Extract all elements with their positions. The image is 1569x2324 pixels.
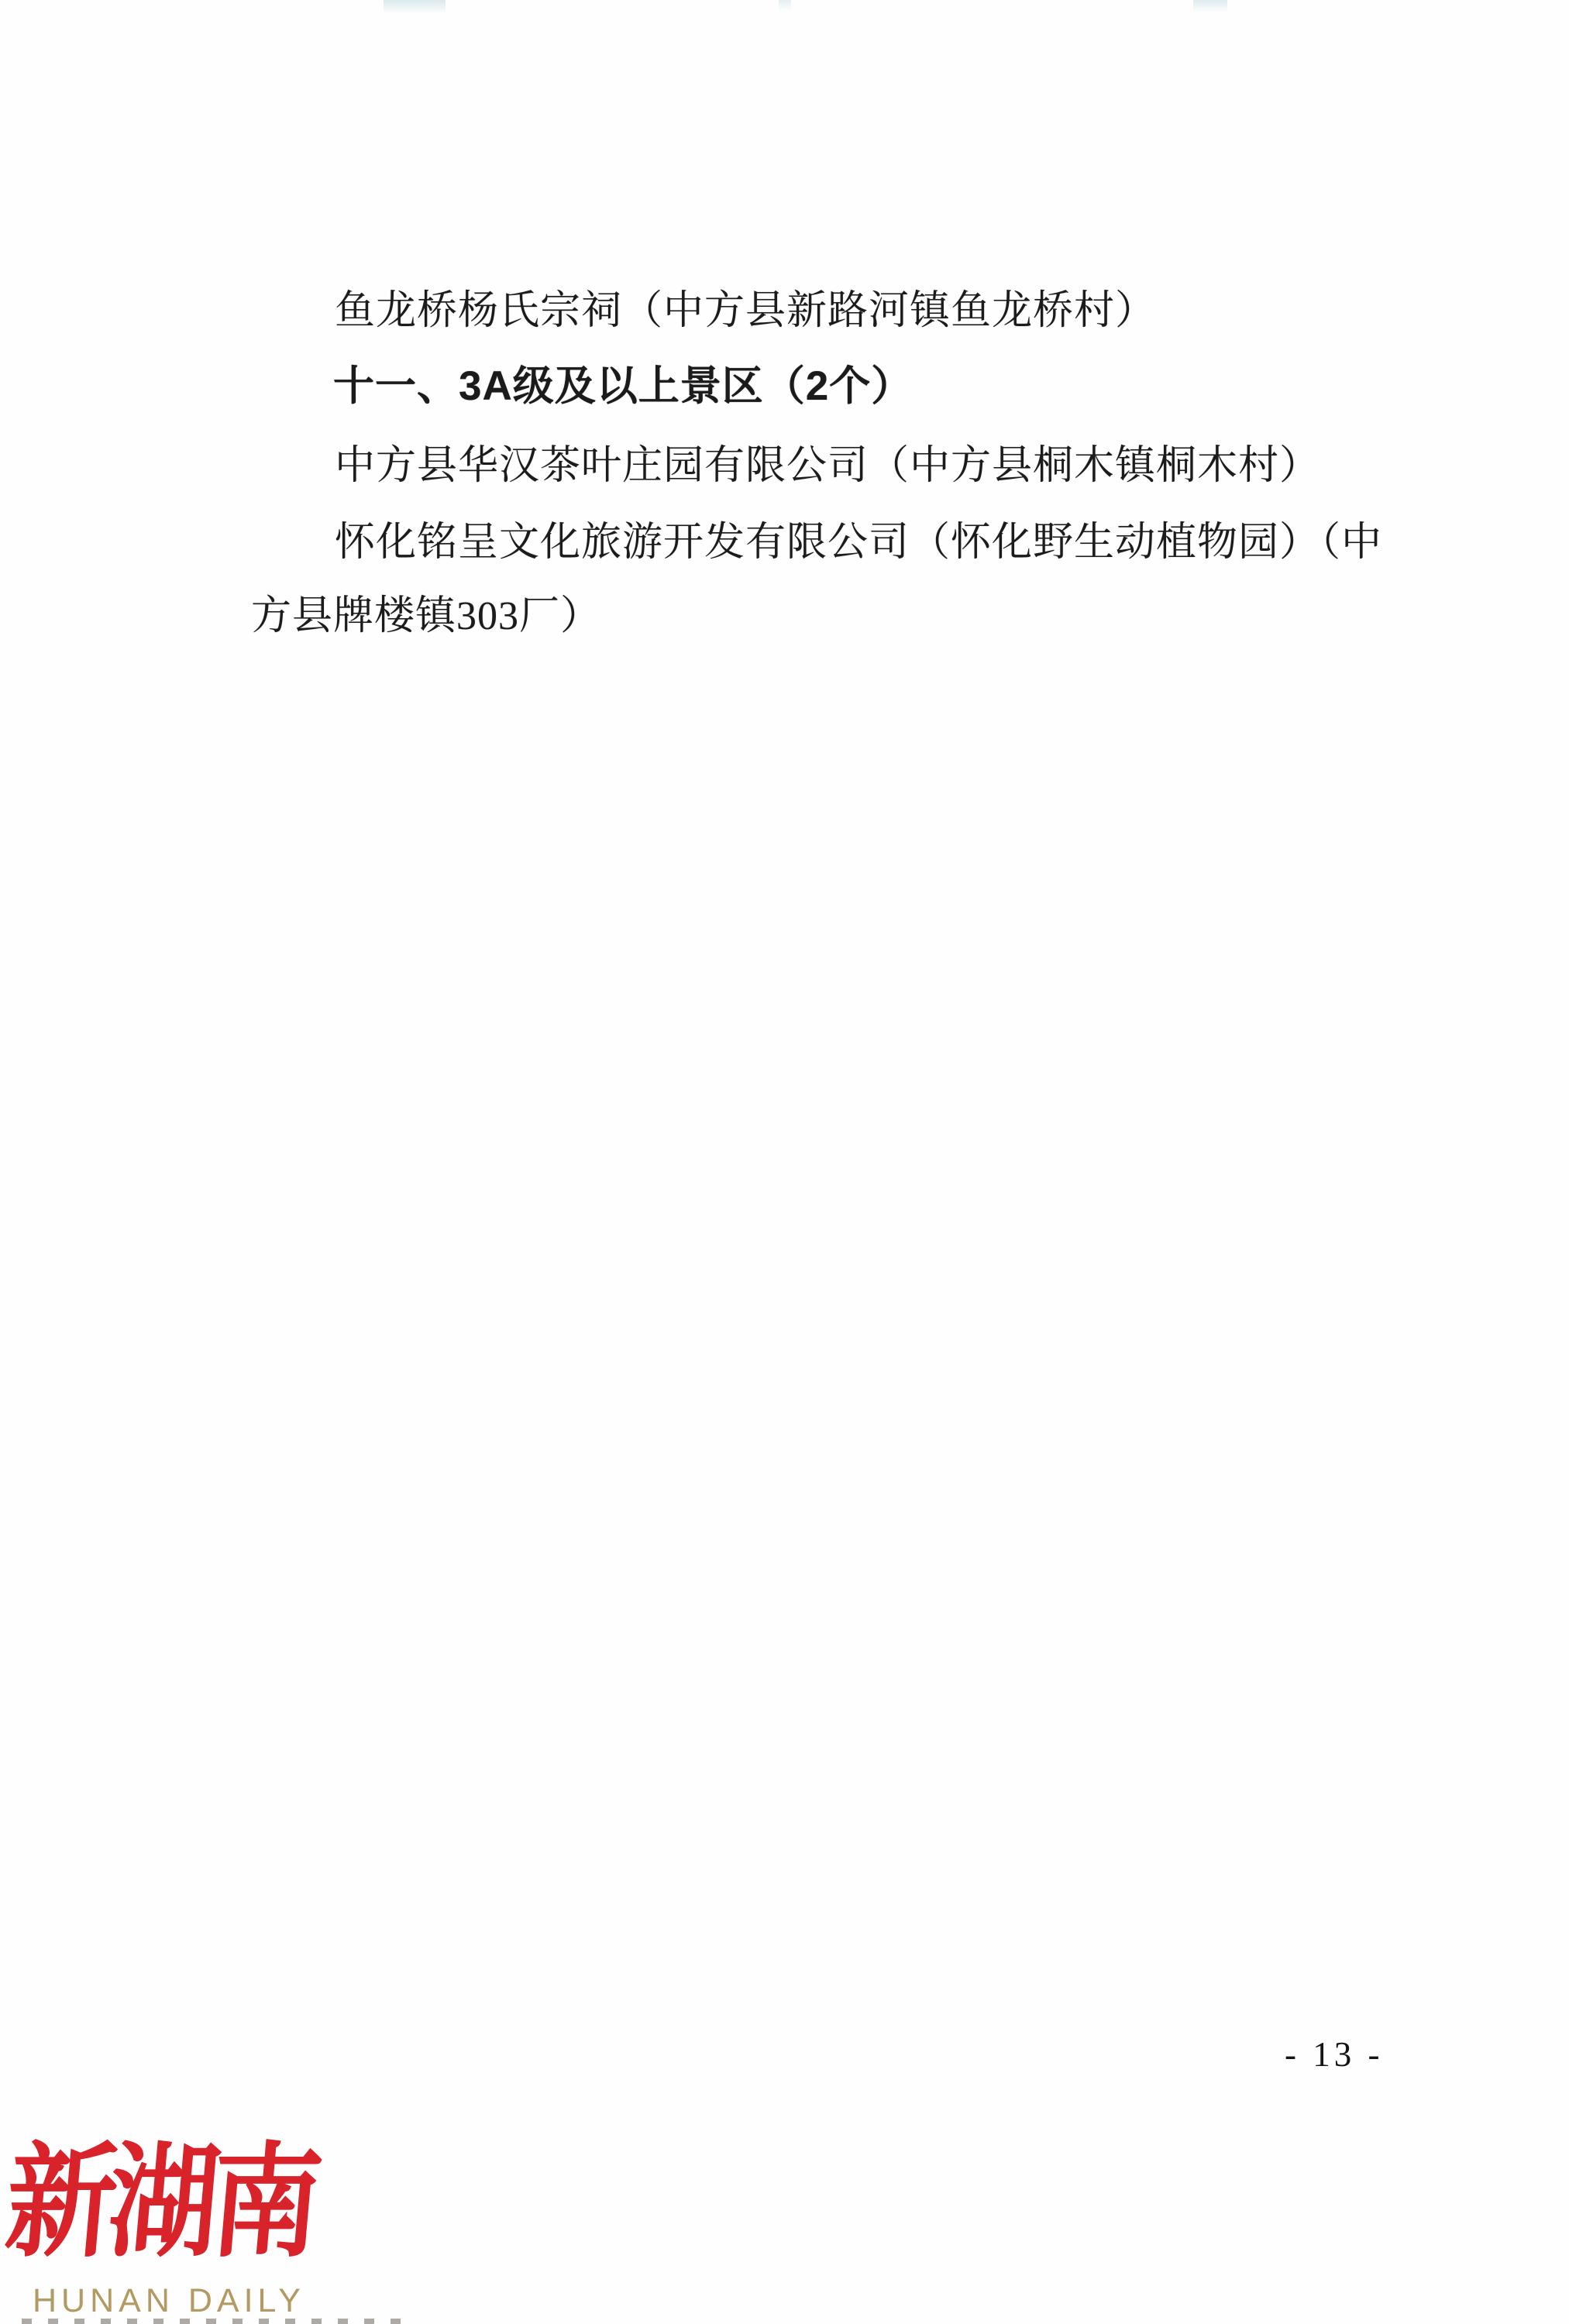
body-line-yulongqiao-ancestral-hall: 鱼龙桥杨氏宗祠（中方县新路河镇鱼龙桥村） (335, 277, 1156, 335)
body-line-mingcheng-tourism-part1: 怀化铭呈文化旅游开发有限公司（怀化野生动植物园）（中 (335, 509, 1382, 567)
page-number: - 13 - (1285, 2034, 1383, 2075)
body-line-mingcheng-tourism-part2: 方县牌楼镇303厂） (251, 583, 601, 641)
scan-smudge (1193, 0, 1227, 12)
body-line-huahan-tea-estate: 中方县华汉茶叶庄园有限公司（中方县桐木镇桐木村） (335, 432, 1320, 490)
scan-smudge (384, 0, 446, 14)
hunan-daily-logo-english: HUNAN DAILY (33, 2282, 305, 2320)
hunan-daily-logo-chinese: 新湖南 (1, 2138, 319, 2268)
section-heading-3a-scenic-areas: 十一、3A级及以上景区（2个） (333, 353, 913, 412)
scan-smudge (779, 0, 791, 11)
scanned-document-page: 鱼龙桥杨氏宗祠（中方县新路河镇鱼龙桥村） 十一、3A级及以上景区（2个） 中方县… (0, 0, 1569, 2324)
cutoff-text-scan-artifact (22, 2319, 409, 2324)
